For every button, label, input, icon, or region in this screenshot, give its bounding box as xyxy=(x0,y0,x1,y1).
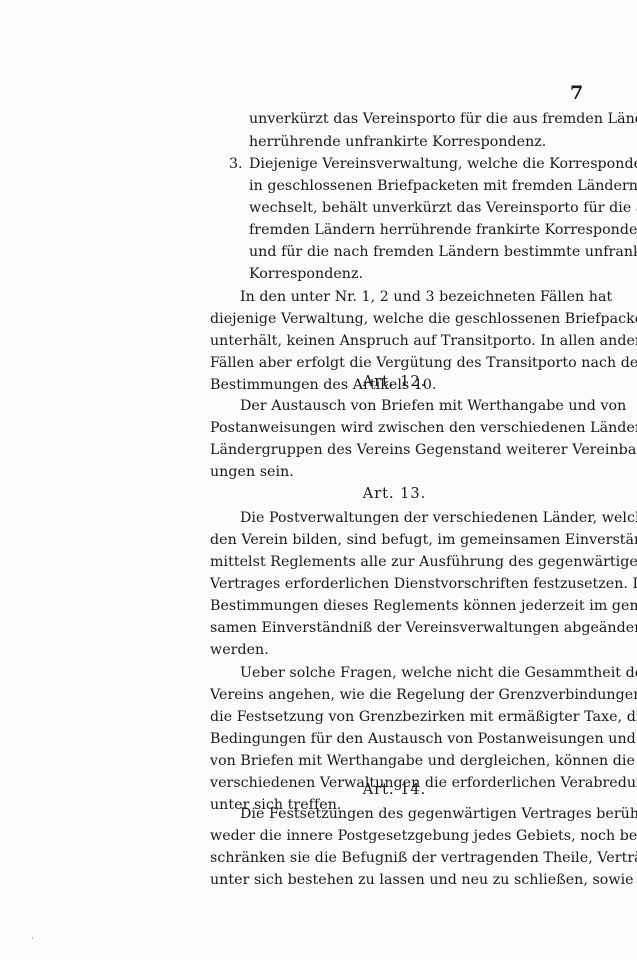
text-line: den Verein bilden, sind befugt, im gemei… xyxy=(210,532,582,548)
text-line: Der Austausch von Briefen mit Werthangab… xyxy=(240,398,582,414)
text-line: unterhält, keinen Anspruch auf Transitpo… xyxy=(210,333,582,349)
text-line: Die Postverwaltungen der verschiedenen L… xyxy=(240,510,582,526)
text-line: Bedingungen für den Austausch von Postan… xyxy=(210,731,582,747)
text-line: und für die nach fremden Ländern bestimm… xyxy=(249,244,582,260)
text-line: herrührende unfrankirte Korrespondenz. xyxy=(249,134,546,150)
text-line: samen Einverständniß der Vereinsverwaltu… xyxy=(210,620,582,636)
text-line: die Festsetzung von Grenzbezirken mit er… xyxy=(210,709,582,725)
text-line: schränken sie die Befugniß der vertragen… xyxy=(210,850,582,866)
article-heading-12: Art. 12. xyxy=(76,374,637,390)
text-line: Korrespondenz. xyxy=(249,266,363,282)
text-line: Bestimmungen dieses Reglements können je… xyxy=(210,598,582,614)
text-line: wechselt, behält unverkürzt das Vereinsp… xyxy=(249,200,582,216)
text-line: Vertrages erforderlichen Dienstvorschrif… xyxy=(210,576,582,592)
text-line: Postanweisungen wird zwischen den versch… xyxy=(210,420,582,436)
page-number: 7 xyxy=(570,82,583,104)
text-line: Ländergruppen des Vereins Gegenstand wei… xyxy=(210,442,582,458)
text-line: unverkürzt das Vereinsporto für die aus … xyxy=(249,111,582,127)
text-line: fremden Ländern herrührende frankirte Ko… xyxy=(249,222,582,238)
list-number: 3. xyxy=(229,156,243,172)
text-line: Die Festsetzungen des gegenwärtigen Vert… xyxy=(240,806,582,822)
text-line: Vereins angehen, wie die Regelung der Gr… xyxy=(210,687,582,703)
scan-speck xyxy=(32,937,33,939)
text-line: In den unter Nr. 1, 2 und 3 bezeichneten… xyxy=(240,289,582,305)
text-line: mittelst Reglements alle zur Ausführung … xyxy=(210,554,582,570)
article-heading-14: Art. 14. xyxy=(76,782,637,798)
text-line: Fällen aber erfolgt die Vergütung des Tr… xyxy=(210,355,582,371)
text-line: Ueber solche Fragen, welche nicht die Ge… xyxy=(240,665,582,681)
text-line: Diejenige Vereinsverwaltung, welche die … xyxy=(249,156,582,172)
article-heading-13: Art. 13. xyxy=(76,486,637,502)
text-line: werden. xyxy=(210,642,269,658)
text-line: von Briefen mit Werthangabe und dergleic… xyxy=(210,753,582,769)
text-line: in geschlossenen Briefpacketen mit fremd… xyxy=(249,178,582,194)
text-line: diejenige Verwaltung, welche die geschlo… xyxy=(210,311,582,327)
text-line: unter sich bestehen zu lassen und neu zu… xyxy=(210,872,582,888)
text-line: weder die innere Postgesetzgebung jedes … xyxy=(210,828,582,844)
text-line: ungen sein. xyxy=(210,464,294,480)
